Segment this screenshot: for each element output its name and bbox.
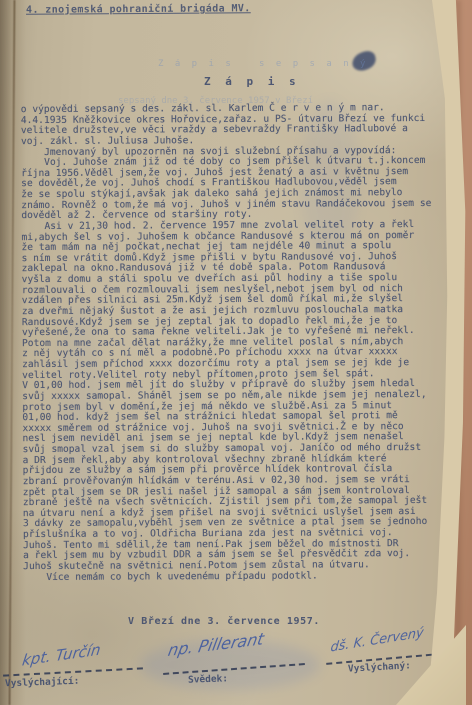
label-interrogated: Vyslýchaný: bbox=[348, 660, 411, 674]
document-title: Z á p i s bbox=[204, 75, 300, 88]
date-place-line: V Březí dne 3. července 1957. bbox=[128, 616, 320, 627]
bleedthrough-title: Z á p i s s e p s a n ý bbox=[158, 59, 368, 69]
signature-interrogated: dš. K. Červený bbox=[330, 625, 424, 655]
document-photo: 4. znojemská pohraniční brigáda MV. Z á … bbox=[0, 0, 472, 705]
label-witness: Svědek: bbox=[188, 673, 228, 685]
signature-interrogator: kpt. Turčín bbox=[21, 640, 102, 670]
testimony-body: o výpovědi sepsaný s des. zákl. sl. Karl… bbox=[21, 103, 434, 583]
typed-line: Více nemám co bych k uvedenému případu p… bbox=[23, 570, 433, 583]
label-interrogator: Vyslýchající: bbox=[5, 676, 80, 690]
paper-sheet: 4. znojemská pohraniční brigáda MV. Z á … bbox=[0, 0, 462, 705]
unit-header: 4. znojemská pohraniční brigáda MV. bbox=[26, 3, 251, 16]
